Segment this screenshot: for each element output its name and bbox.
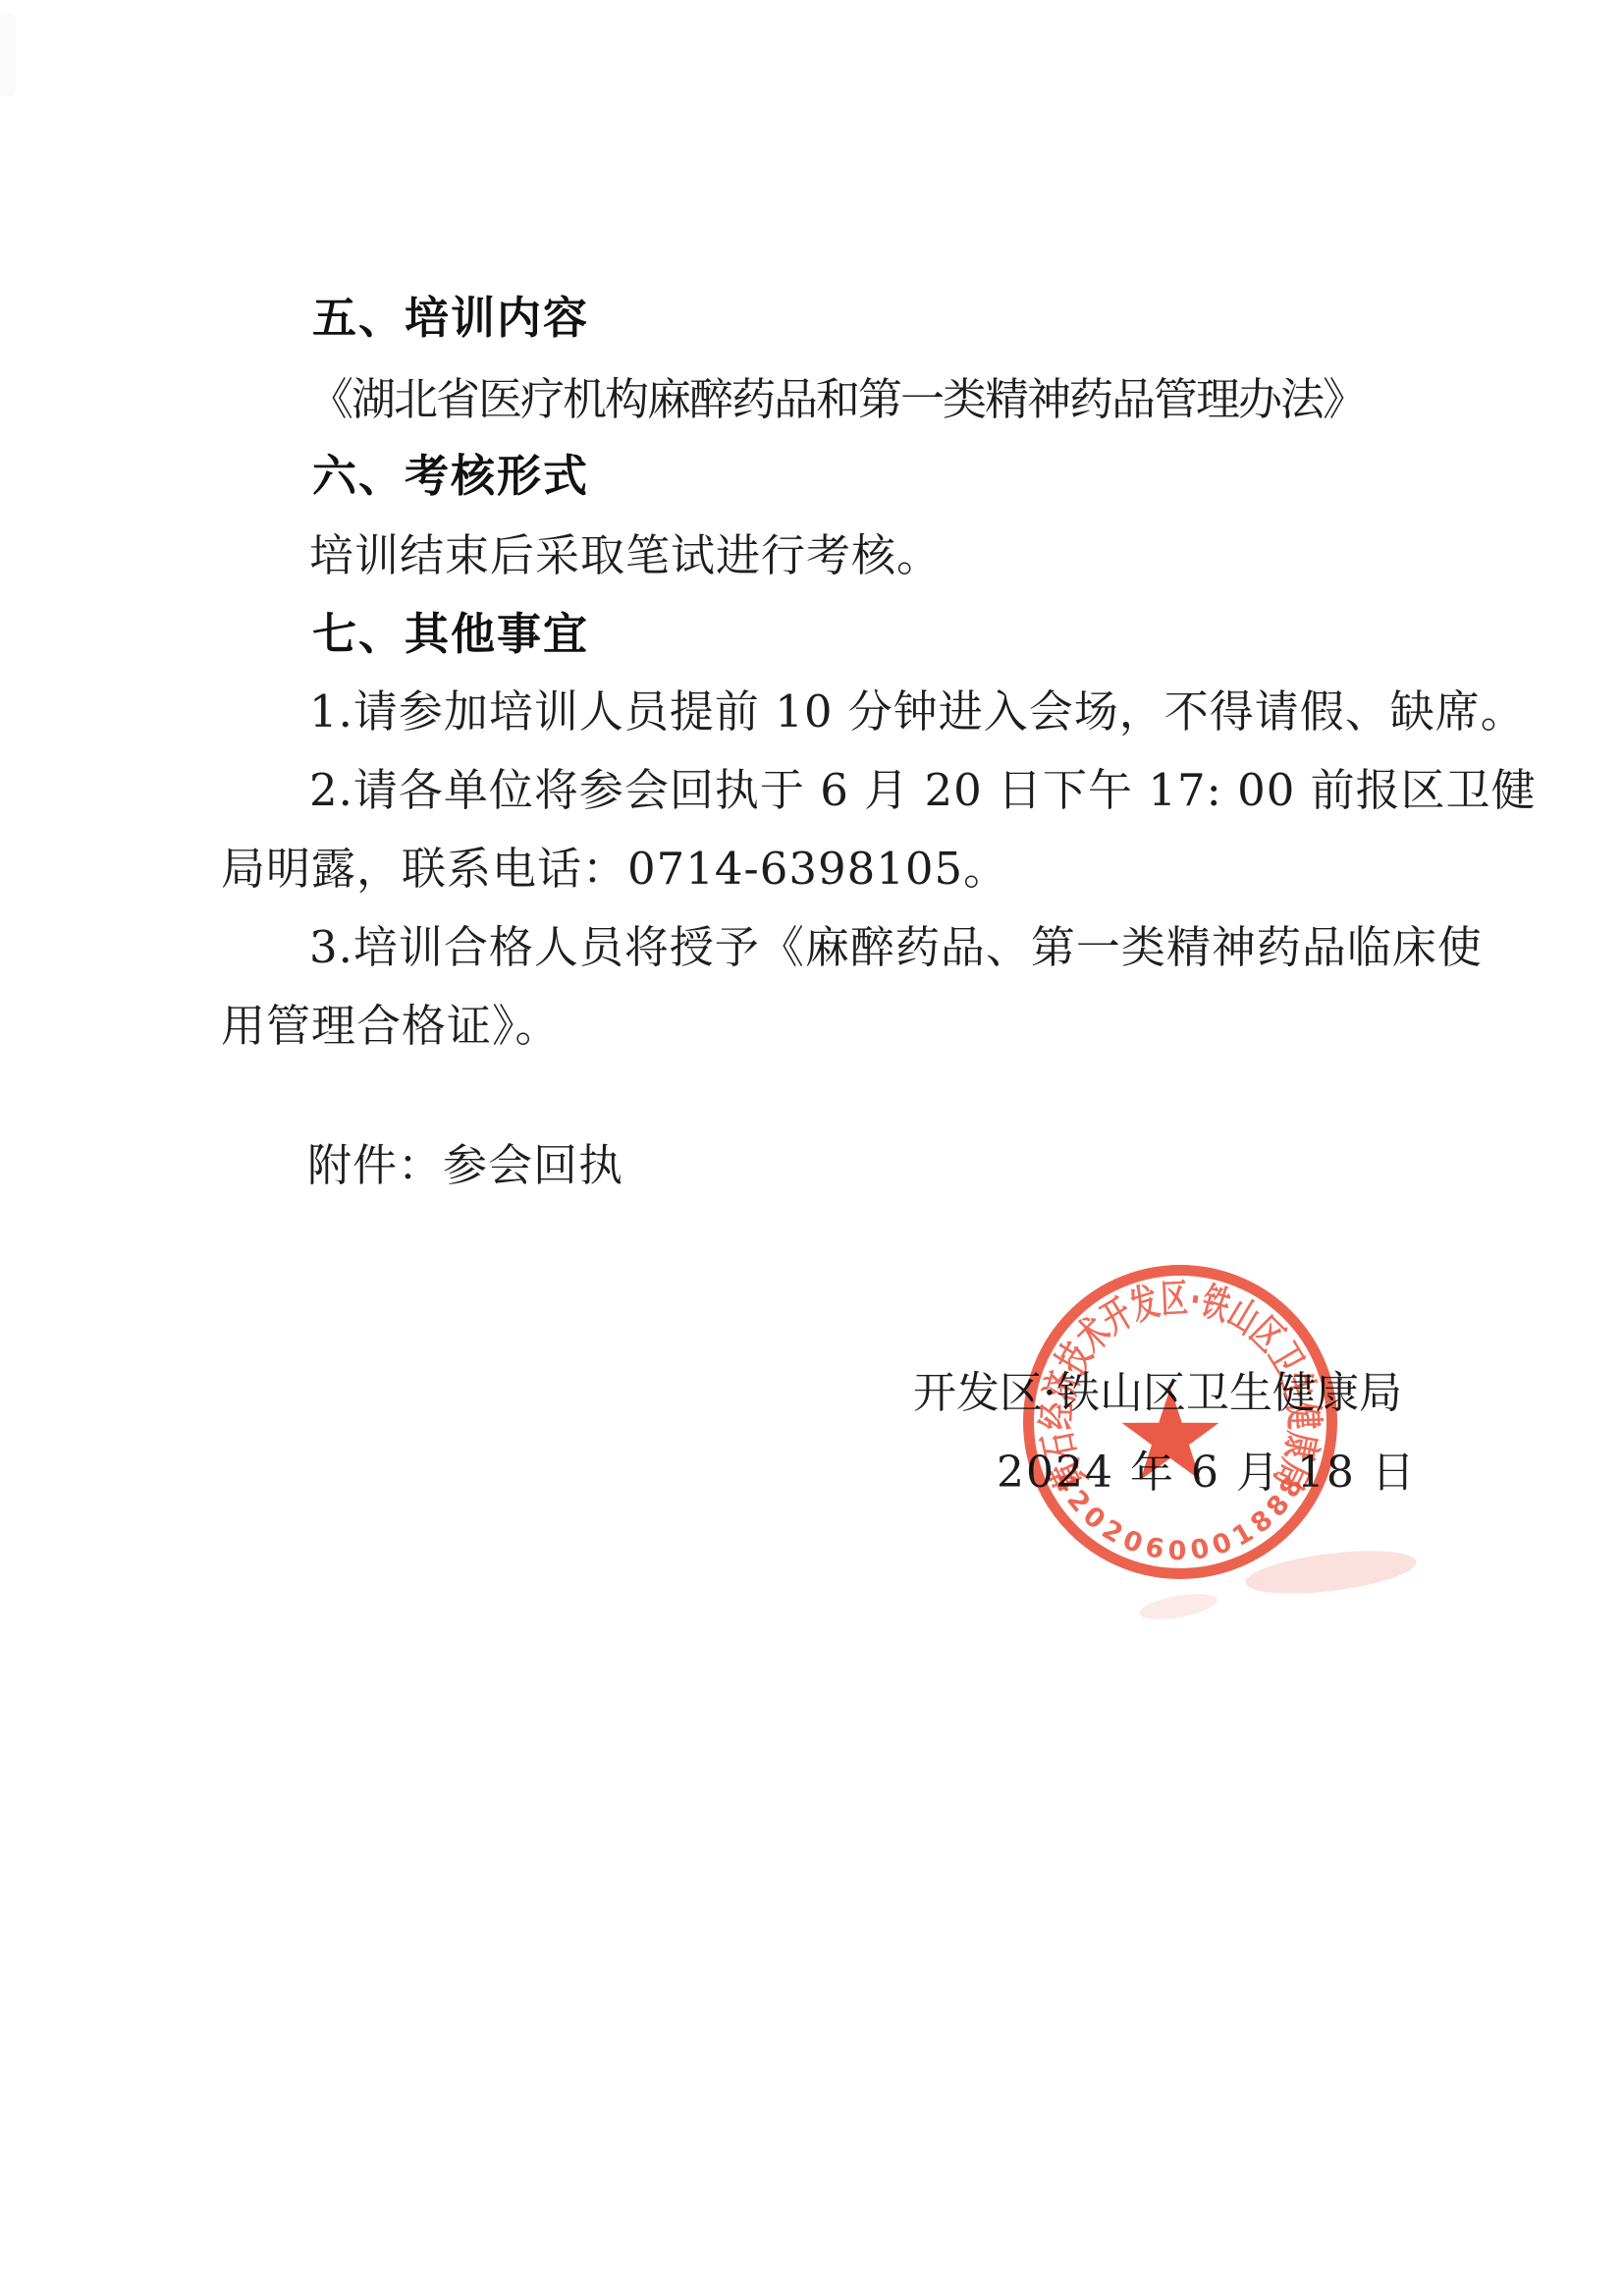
stamp-star-icon bbox=[1122, 1388, 1219, 1480]
other-item-2-line2: 局明露，联系电话：0714-6398105。 bbox=[221, 846, 1008, 892]
stamp-code-text: 4202060001888 bbox=[1048, 1467, 1312, 1567]
section-heading-5: 五、培训内容 bbox=[312, 295, 589, 341]
paragraph-training-content: 《湖北省医疗机构麻醉药品和第一类精神药品管理办法》 bbox=[309, 376, 1365, 422]
other-item-1: 1.请参加培训人员提前 10 分钟进入会场，不得请假、缺席。 bbox=[309, 688, 1526, 735]
section-heading-6: 六、考核形式 bbox=[312, 453, 589, 499]
document-page: 五、培训内容 《湖北省医疗机构麻醉药品和第一类精神药品管理办法》 六、考核形式 … bbox=[0, 0, 1623, 2296]
other-item-3-line2: 用管理合格证》。 bbox=[221, 1003, 561, 1049]
stamp-ink-smudge bbox=[1138, 1589, 1219, 1624]
scan-artifact bbox=[0, 14, 16, 96]
paragraph-assessment: 培训结束后采取笔试进行考核。 bbox=[309, 532, 942, 578]
other-item-2-line1: 2.请各单位将参会回执于 6 月 20 日下午 17: 00 前报区卫健 bbox=[309, 767, 1537, 813]
other-item-3-line1: 3.培训合格人员将授予《麻醉药品、第一类精神药品临床使 bbox=[309, 924, 1483, 970]
attachment-note: 附件：参会回执 bbox=[307, 1142, 623, 1188]
section-heading-7: 七、其他事宜 bbox=[312, 611, 589, 657]
official-seal-stamp: 黄石经济技术开发区·铁山区卫生健康局 4202060001888 bbox=[1013, 1255, 1347, 1589]
